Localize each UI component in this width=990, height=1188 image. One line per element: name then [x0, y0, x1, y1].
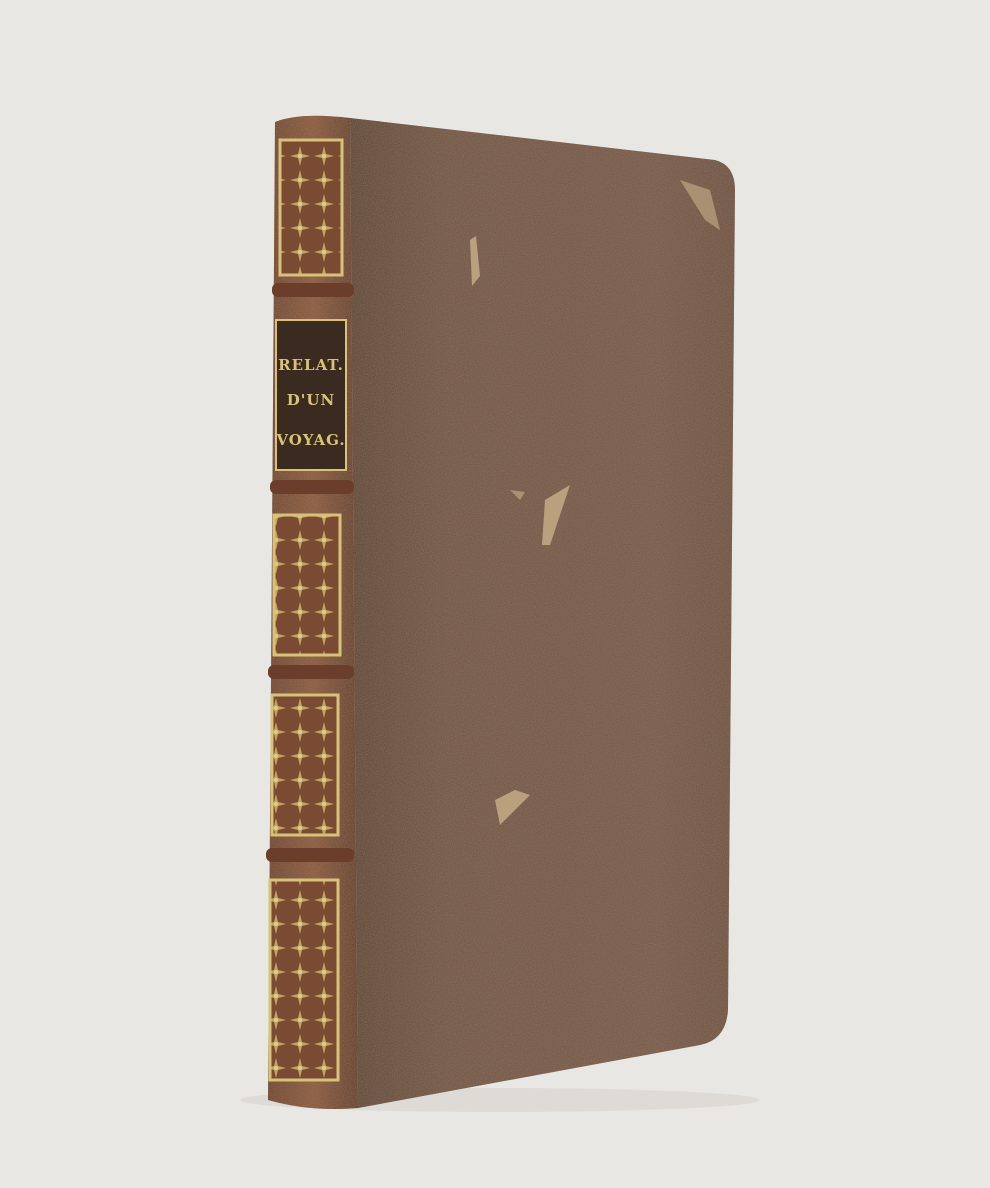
- spine-label-line-2: D'UN: [287, 391, 335, 409]
- book-photo: RELAT. D'UN VOYAG.: [0, 0, 990, 1188]
- book-spine: RELAT. D'UN VOYAG.: [266, 116, 358, 1109]
- spine-label-line-1: RELAT.: [278, 356, 344, 374]
- spine-label-line-3: VOYAG.: [275, 431, 345, 449]
- front-cover: [350, 118, 735, 1108]
